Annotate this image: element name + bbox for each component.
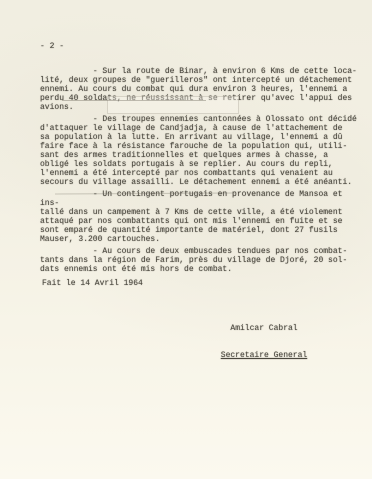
document-body: - Sur la route de Binar, à environ 6 Kms… xyxy=(40,67,362,288)
date-line: Fait le 14 Avril 1964 xyxy=(42,279,362,288)
page-number: - 2 - xyxy=(40,42,64,51)
document-page: - 2 - - Sur la route de Binar, à environ… xyxy=(0,0,372,479)
signature-block: Amilcar Cabral Secretaire General xyxy=(210,306,318,378)
paragraph-mansoa-attack: - Un contingent portugais en provenance … xyxy=(40,190,362,244)
signature-title: Secretaire General xyxy=(210,351,318,360)
paragraph-farim-ambushes: - Au cours de deux embuscades tendues pa… xyxy=(40,247,362,274)
paragraph-binar-ambush: - Sur la route de Binar, à environ 6 Kms… xyxy=(40,67,362,112)
signature-name: Amilcar Cabral xyxy=(210,324,318,333)
paragraph-candjadja-defense: - Des troupes ennemies cantonnées à Olos… xyxy=(40,115,362,187)
